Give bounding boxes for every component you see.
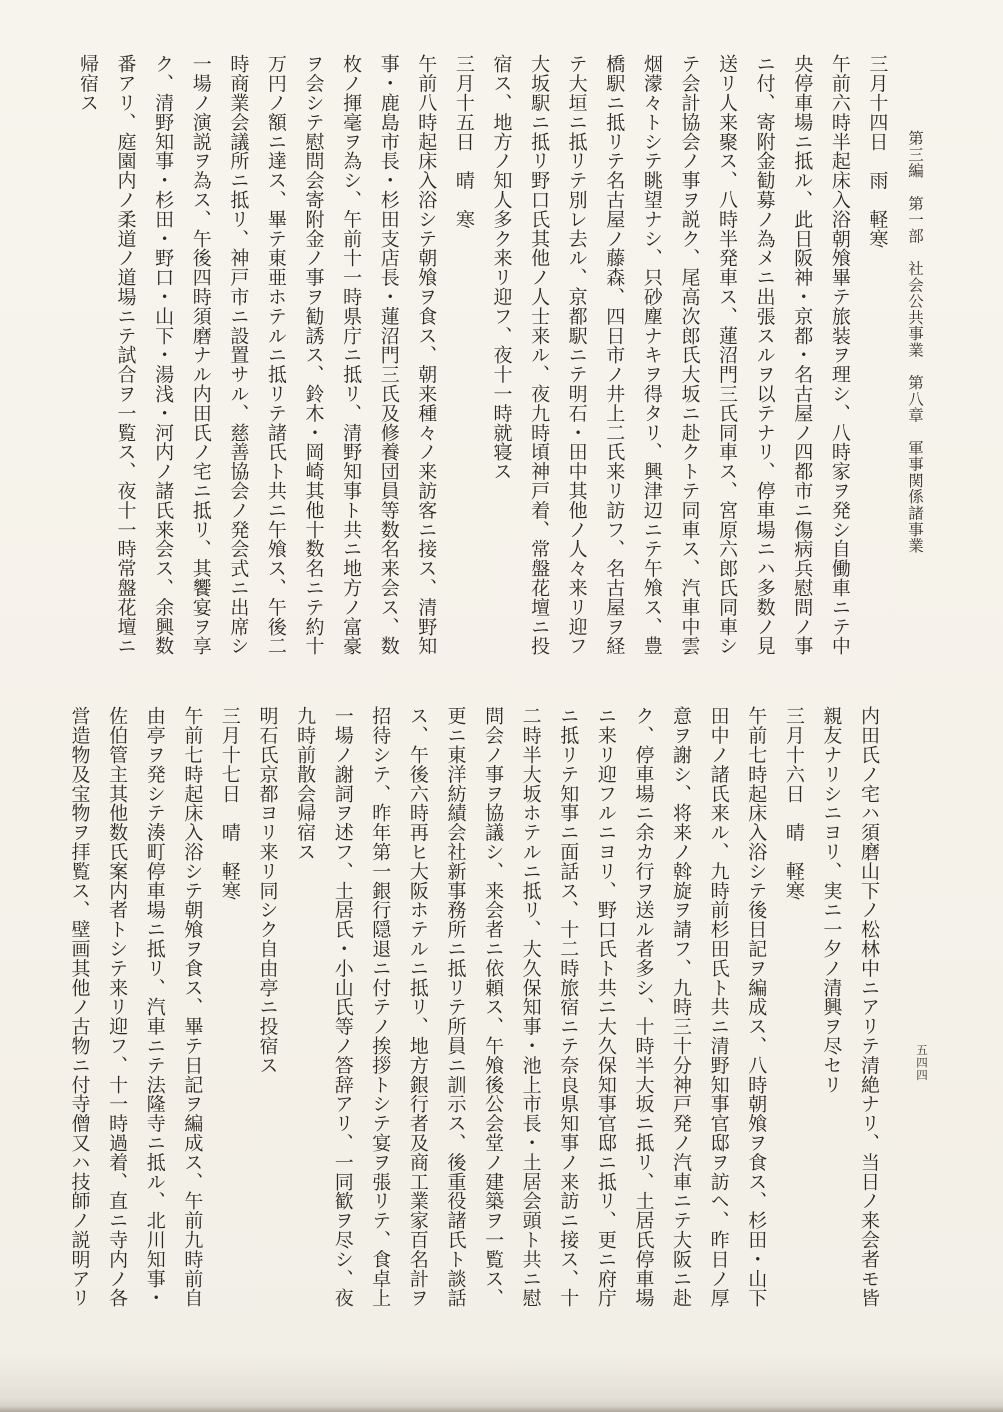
text-column: 明石氏京都ヨリ来リ同シク自由亭ニ投宿ス <box>248 706 286 1324</box>
text-column: 問会ノ事ヲ協議シ、来会者ニ依頼ス、午飧後公会堂ノ建築ヲ一覧ス、 <box>473 706 511 1324</box>
text-column: 内田氏ノ宅ハ須磨山下ノ松林中ニアリテ清絶ナリ、当日ノ来会者モ皆 <box>849 706 887 1324</box>
text-column: 意ヲ謝シ、将来ノ斡旋ヲ請フ、九時三十分神戸発ノ汽車ニテ大阪ニ赴 <box>661 706 699 1324</box>
text-column: 烟濛々トシテ眺望ナシ、只砂塵ナキヲ得タリ、興津辺ニテ午飧ス、豊 <box>632 54 670 672</box>
page-bottom-edge-shadow <box>0 1406 1003 1412</box>
text-column: 九時前散会帰宿ス <box>286 706 324 1324</box>
text-column: 親友ナリシニヨリ、実ニ一夕ノ清興ヲ尽セリ <box>812 706 850 1324</box>
text-column: 時商業会議所ニ抵リ、神戸市ニ設置サル、慈善協会ノ発会式ニ出席シ <box>219 54 257 672</box>
text-column: 宿ス、地方ノ知人多ク来リ迎フ、夜十一時就寝ス <box>482 54 520 672</box>
text-column: ヲ会シテ慰問会寄附金ノ事ヲ勧誘ス、鈴木・岡崎其他十数名ニテ約十 <box>294 54 332 672</box>
text-column: 午前八時起床入浴シテ朝飧ヲ食ス、朝来種々ノ来訪客ニ接ス、清野知 <box>407 54 445 672</box>
text-column: 大坂駅ニ抵リ野口氏其他ノ人士来ル、夜九時頃神戸着、常盤花壇ニ投 <box>519 54 557 672</box>
text-column: 二時半大坂ホテルニ抵リ、大久保知事・池上市長・土居会頭ト共ニ慰 <box>511 706 549 1324</box>
text-column: 一場ノ演説ヲ為ス、午後四時須磨ナル内田氏ノ宅ニ抵リ、其饗宴ヲ享 <box>181 54 219 672</box>
text-column: ク、清野知事・杉田・野口・山下・湯浅・河内ノ諸氏来会ス、余興数 <box>144 54 182 672</box>
text-column: 枚ノ揮毫ヲ為シ、午前十一時県庁ニ抵リ、清野知事ト共ニ地方ノ富豪 <box>332 54 370 672</box>
text-column: 午前七時起床入浴シテ後日記ヲ編成ス、八時朝飧ヲ食ス、杉田・山下 <box>737 706 775 1324</box>
text-column: 三月十七日 晴 軽寒 <box>210 706 248 1324</box>
text-column: ニ付、寄附金勧募ノ為メニ出張スルヲ以テナリ、停車場ニハ多数ノ見 <box>745 54 783 672</box>
text-column: 事・鹿島市長・杉田支店長・蓮沼門三氏及修養団員等数名来会ス、数 <box>369 54 407 672</box>
scanned-book-page: 第三編 第一部 社会公共事業 第八章 軍事関係諸事業 三月十四日 雨 軽寒午前六… <box>0 0 1003 1412</box>
text-column: 更ニ東洋紡績会社新事務所ニ抵リテ所員ニ訓示ス、後重役諸氏ト談話 <box>436 706 474 1324</box>
text-column: 万円ノ額ニ達ス、畢テ東亜ホテルニ抵リテ諸氏ト共ニ午飧ス、午後二 <box>256 54 294 672</box>
text-column: 三月十六日 晴 軽寒 <box>774 706 812 1324</box>
text-column: 央停車場ニ抵ル、此日阪神・京都・名古屋ノ四都市ニ傷病兵慰問ノ事 <box>783 54 821 672</box>
text-column: 三月十四日 雨 軽寒 <box>858 54 896 672</box>
upper-text-block: 第三編 第一部 社会公共事業 第八章 軍事関係諸事業 三月十四日 雨 軽寒午前六… <box>68 54 933 672</box>
text-column: 帰宿ス <box>68 54 106 672</box>
running-head: 第三編 第一部 社会公共事業 第八章 軍事関係諸事業 <box>895 54 933 672</box>
text-column: 一場ノ謝詞ヲ述フ、土居氏・小山氏等ノ答辞アリ、一同歓ヲ尽シ、夜 <box>323 706 361 1324</box>
lower-text-block: 内田氏ノ宅ハ須磨山下ノ松林中ニアリテ清絶ナリ、当日ノ来会者モ皆親友ナリシニヨリ、… <box>60 706 887 1324</box>
text-column: 番アリ、庭園内ノ柔道ノ道場ニテ試合ヲ一覧ス、夜十一時常盤花壇ニ <box>106 54 144 672</box>
text-column: 佐伯管主其他数氏案内者トシテ来リ迎フ、十一時過着、直ニ寺内ノ各 <box>98 706 136 1324</box>
text-column: 午前七時起床入浴シテ朝飧ヲ食ス、畢テ日記ヲ編成ス、午前九時前自 <box>173 706 211 1324</box>
text-column: ク、停車場ニ余カ行ヲ送ル者多シ、十時半大坂ニ抵リ、土居氏停車場 <box>624 706 662 1324</box>
text-column: ニ抵リテ知事ニ面話ス、十二時旅宿ニテ奈良県知事ノ来訪ニ接ス、十 <box>549 706 587 1324</box>
text-column: 橋駅ニ抵リテ名古屋ノ藤森、四日市ノ井上二氏来リ訪フ、名古屋ヲ経 <box>595 54 633 672</box>
text-column: ス、午後六時再ヒ大阪ホテルニ抵リ、地方銀行者及商工業家百名計ヲ <box>398 706 436 1324</box>
page-number: 五四四 <box>913 1044 929 1082</box>
text-column: 営造物及宝物ヲ拝覧ス、壁画其他ノ古物ニ付寺僧又ハ技師ノ説明アリ <box>60 706 98 1324</box>
text-column: 由亭ヲ発シテ湊町停車場ニ抵リ、汽車ニテ法隆寺ニ抵ル、北川知事・ <box>135 706 173 1324</box>
text-column: 送リ人来聚ス、八時半発車ス、蓮沼門三氏同車ス、宮原六郎氏同車シ <box>707 54 745 672</box>
text-column: 三月十五日 晴 寒 <box>444 54 482 672</box>
text-column: テ大垣ニ抵リテ別レ去ル、京都駅ニテ明石・田中其他ノ人々来リ迎フ <box>557 54 595 672</box>
text-column: テ会計協会ノ事ヲ説ク、尾高次郎氏大坂ニ赴クトテ同車ス、汽車中雲 <box>670 54 708 672</box>
text-column: ニ来リ迎フルニヨリ、野口氏ト共ニ大久保知事官邸ニ抵リ、更ニ府庁 <box>586 706 624 1324</box>
text-column: 田中ノ諸氏来ル、九時前杉田氏ト共ニ清野知事官邸ヲ訪ヘ、昨日ノ厚 <box>699 706 737 1324</box>
text-column: 午前六時半起床入浴朝飧畢テ旅装ヲ理シ、八時家ヲ発シ自働車ニテ中 <box>820 54 858 672</box>
text-column: 招待シテ、昨年第一銀行隠退ニ付テノ挨拶トシテ宴ヲ張リテ、食卓上 <box>361 706 399 1324</box>
